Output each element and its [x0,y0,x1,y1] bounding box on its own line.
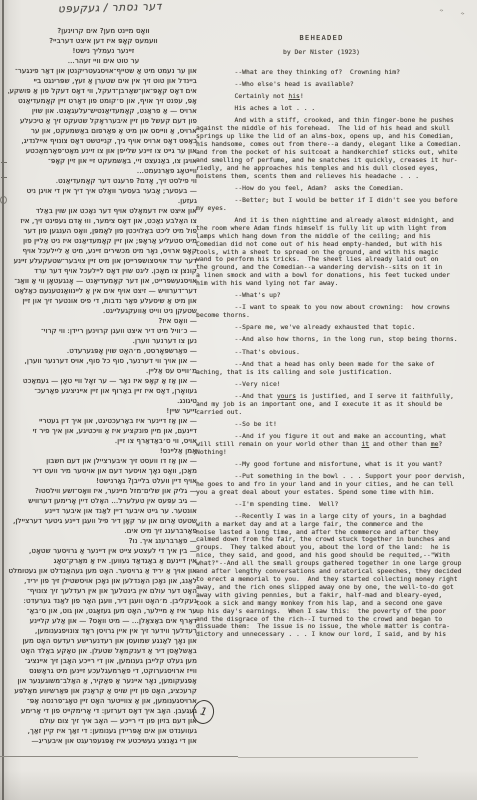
yiddish-line: און אויך אַ יריד אַ גרויסער. האָט מען גע… [8,566,197,576]
yiddish-line: ער טוט אים וויי זעהר... [8,56,197,66]
yiddish-line: זיינער נעמליך נישט! [8,46,197,56]
yiddish-line: ער איז אַ מיילער, האָט מען געזאָגט, און … [8,606,197,616]
page-number: 1 [199,705,208,718]
yiddish-line: ארויס, אַ ווייסס און מיט אַ פּאַרפום באַ… [8,126,197,136]
english-paragraph: --My good fortune and misfortune, what i… [196,461,473,469]
yiddish-line: ארויס — אַ פראַנט, קאָמעדיאַנטיש־עלעגאַנ… [8,106,197,116]
english-paragraph: --Better; but I would be better if I did… [196,197,473,213]
yiddish-line: און דעם בזיון פון די רייכע — האָב איך זי… [8,716,197,726]
yiddish-line: וואָס מיינט מען? אים קרוינען? [8,26,197,36]
english-paragraphs: --What are they thinking of? Crowning hi… [196,69,473,639]
yiddish-line: — גליק און שלים־מזל מיינער, איז וואָס־זש… [8,486,197,496]
pencil-mark: ” [437,8,444,18]
yiddish-line: פון דעם קעשל פון זיין איבערראָקל שטעקט ז… [8,116,197,126]
yiddish-line: האָט דער עולם אין בינטלעך און אין רעדלעך… [8,586,197,596]
yiddish-line: געוואָרן, דאָס איז זיין באַרוף און זיין … [8,386,197,396]
english-paragraph: His aches a lot . . . [196,105,473,113]
yiddish-line: מען געלט קלייבן גענומען, און די רייכע הא… [8,656,197,666]
yiddish-line: קרעכציג, האָט פון זיין שויס אַ קראַנק או… [8,686,197,696]
yiddish-line: ווי פילסט זיך, אָדם? פרעגט דער קאָמעדיאַ… [8,176,197,186]
yiddish-line: ווייטאָג פאַרנעמט... [8,166,197,176]
english-paragraph: --What's up? [196,292,473,300]
english-paragraph: --Recently I was in a large city of your… [196,513,473,640]
scanned-document-page: דער נסתר / געקעפּט ” ” וואָס מיינט מען? … [0,0,477,800]
yiddish-line: געווענדט און אים אָפּריידן גענומען: די ז… [8,726,197,736]
margin-dash-mark [1,162,7,163]
yiddish-line: אויגן צו, באַנעצט זיי, באַשמעקט זיי און … [8,156,197,166]
yiddish-body-lines: און ער נעמט מיט אַ שטייף־אויסגעטריקנטן א… [8,66,197,746]
yiddish-line: פאַרברענג זיך מיט אים. [8,526,197,536]
yiddish-line: — פאַרשפּאָרסט, מ׳האָט שוין אָפּגערעדט. [8,346,197,356]
yiddish-line: — און אויך ווי דערנער, סוף כל סוף, אויס … [8,356,197,366]
yiddish-line: אויס, ווי ס׳באַדאַרף צו זיין. [8,436,197,446]
english-paragraph: --And also how thorns, in the long run, … [196,336,473,344]
english-paragraph: --Spare me, we've already exhausted that… [196,324,473,332]
yiddish-line: דער ערד אויסצושפּרייטן און מיט זיין צויב… [8,256,197,266]
english-paragraph: Certainly not his! [196,93,473,101]
yiddish-line: אויסגעשפּרייט, און דער קאָמעדיאַנט — אָנ… [8,276,197,286]
handwritten-title: דער נסתר / געקעפּט [36,0,184,16]
yiddish-line: קונצן צו מאַכן. ליגט שוין דאָס ליילעכל א… [8,266,197,276]
yiddish-line: אָפּגעקומען, נאָר איינער אַ פאַקיר, אַ ה… [8,676,197,686]
english-paragraph: --Very nice! [196,381,473,389]
yiddish-line: און נאָך לאַנגע שמועסן און רעדנערישע רעד… [8,636,197,646]
yiddish-line: דיינעם, און מיין פונקציע איז אַ וויכטיגע… [8,426,197,436]
yiddish-line: מאַכן, וואָס נאָך אויסער דעם און אויסער … [8,466,197,476]
english-paragraph: --That's obvious. [196,349,473,357]
yiddish-line: — און אַז אַ קאָפּ איז נאָר — ער זאָל וו… [8,376,197,386]
yiddish-line: כאַפּט דאָס ארויס אויף גיך, קנייטשט דאָס… [8,136,197,146]
english-paragraph: --So be it! [196,421,473,429]
english-paragraph: And with a stiff, crooked, and thin fing… [196,117,473,180]
english-paragraph: And it is then nighttime and already alm… [196,217,473,288]
yiddish-line: — כ׳וויל מיט דיר איצט וועגן קרוינען רייד… [8,326,197,336]
english-paragraph: --What are they thinking of? Crowning hi… [196,69,473,77]
yiddish-line: דער־דערוויש — זיצט אויף אים אין אַ ליינו… [8,286,197,296]
yiddish-line: צו האַלבע נאַכט, און דאָס צימער, וווּ אָ… [8,216,197,226]
yiddish-line: אָמן אַליינס! [8,446,197,456]
english-paragraph: --And that a head has only been made for… [196,361,473,377]
yiddish-line: שטעט אַרום און ער קאָן דיר פיל וועגן דיי… [8,516,197,526]
yiddish-line: און די גאַנצע געשיכטע איז אָפּגעפרעגט או… [8,736,197,746]
yiddish-line: אונטער. ער גייט איבער דיין לאַנד און איב… [8,506,197,516]
scan-bottom-line-faint [238,757,418,758]
yiddish-line: און איצט איז דעמאָלט אויף דער נאַכט און … [8,206,197,216]
yiddish-line: אין דיינעם אַ באַגדאַד געווען. איז אַ מא… [8,556,197,566]
scan-bottom-line [0,756,238,757]
yiddish-line: און ער נעמט מיט אַ שטייף־אויסגעטריקנטן א… [8,66,197,76]
english-paragraph: --I want to speak to you now about crown… [196,304,473,320]
english-paragraph: --How do you feel, Adam? asks the Comedi… [196,185,473,193]
yiddish-line: — וואָס איז? [8,316,197,326]
english-paragraph: --Put something in the bowl . . . Suppor… [196,473,473,497]
story-title: BEHEADED [196,33,473,42]
yiddish-line: אים דאָס קאָפּ־און־שאַרבן־דעקל, ווי דאָס… [8,86,197,96]
margin-circle-mark [0,196,7,204]
pencil-mark: ” [457,11,464,21]
yiddish-line: — גיב עפּעס אין טעלערל... האַלט דיין אָר… [8,496,197,506]
yiddish-line: — און אַז דיינער איז באַרעכטיגט, און איך… [8,416,197,426]
yiddish-line: געקליבן. מ׳האָט וועגן דיר, וועגן האַר פו… [8,596,197,606]
yiddish-line: שטעקן ניט ווייט אַוועקגעלייגט. [8,306,197,316]
yiddish-line: מיט סטעליע אַראָפּ; און זיין קאָמעדיאַנט… [8,236,197,246]
yiddish-line: פול מיט ליכט באַלויכטן פון לאָמפּן, וואָ… [8,226,197,236]
yiddish-line: רעדלעך ווידער זיך אין איין גרויסן ראָד צ… [8,626,197,636]
yiddish-line: געזען. [8,196,197,206]
margin-dash-mark [1,177,7,178]
yiddish-line: מ׳ווייס עס אַליין. [8,366,197,376]
yiddish-line: געגעבן. האָב איך דאָס דערזען: די אָרימקי… [8,706,197,716]
yiddish-line: זייער שיין! [8,406,197,416]
yiddish-column: וואָס מיינט מען? אים קרוינען?וועמעס קאָפ… [8,26,197,746]
yiddish-line: און מיט אַ שיסעלע פאַר נדבות, די פיס אונ… [8,296,197,306]
story-byline: by Der Nister (1923) [196,48,473,56]
english-paragraph: --And that yours is justified, and I ser… [196,393,473,417]
yiddish-line: באַשלאָסן דיר אַ דענקמאָל שטעלן. און טאַ… [8,646,197,656]
yiddish-line: לאַנג, און נאָכן האַנדלען און נאָכן אויס… [8,576,197,586]
english-paragraph: --Who else's head is available? [196,81,473,89]
yiddish-line: — בין איך די לעצטע צייט אין דיינער אַ גר… [8,546,197,556]
yiddish-intro-lines: וואָס מיינט מען? אים קרוינען?וועמעס קאָפ… [8,26,197,66]
yiddish-line: אויף דיין וועלט בלייבן? גאָרנישט! [8,476,197,486]
yiddish-line: קאָפּ ארויס, נאָר מיט מכשירים זיינע, מיט… [8,246,197,256]
yiddish-line: טיגונג. [8,396,197,406]
yiddish-line: און ער גייט צו זיינע שלייפן און צו זיינע… [8,146,197,156]
yiddish-line: ארויסגענומען, און אַ צווייטער האָט זיין … [8,696,197,706]
yiddish-line: ווייז ארויסגערוקט, די פאַרמעגלעכע זיינען… [8,666,197,676]
yiddish-line: וועמעס קאָפּ איז דען איצט דערביי? [8,36,197,46]
yiddish-line: — בעסער; אָבער בעסער וואָלט איך דיך אין … [8,186,197,196]
yiddish-line: — און אַז דו וועסט זיך איבערציילן און דע… [8,456,197,466]
yiddish-line: — פאַרברענג איך. נו? [8,536,197,546]
english-column: BEHEADED by Der Nister (1923) --What are… [196,33,473,643]
yiddish-line: דאַרף אים באַצאָלן... — מיט וואָס? — און… [8,616,197,626]
yiddish-line: נען צו דערנער ווערן. [8,336,197,346]
yiddish-line: אָפּ, עפנט זיך אויף, און ס׳קומט פון דאָר… [8,96,197,106]
yiddish-line: ביינדל און טוט זיך אין אים שטערן אַ זעץ,… [8,76,197,86]
scan-edge-shadow [2,0,4,800]
english-paragraph: --And if you figure it out and make an a… [196,433,473,457]
english-paragraph: --I'm spending time. Well? [196,501,473,509]
